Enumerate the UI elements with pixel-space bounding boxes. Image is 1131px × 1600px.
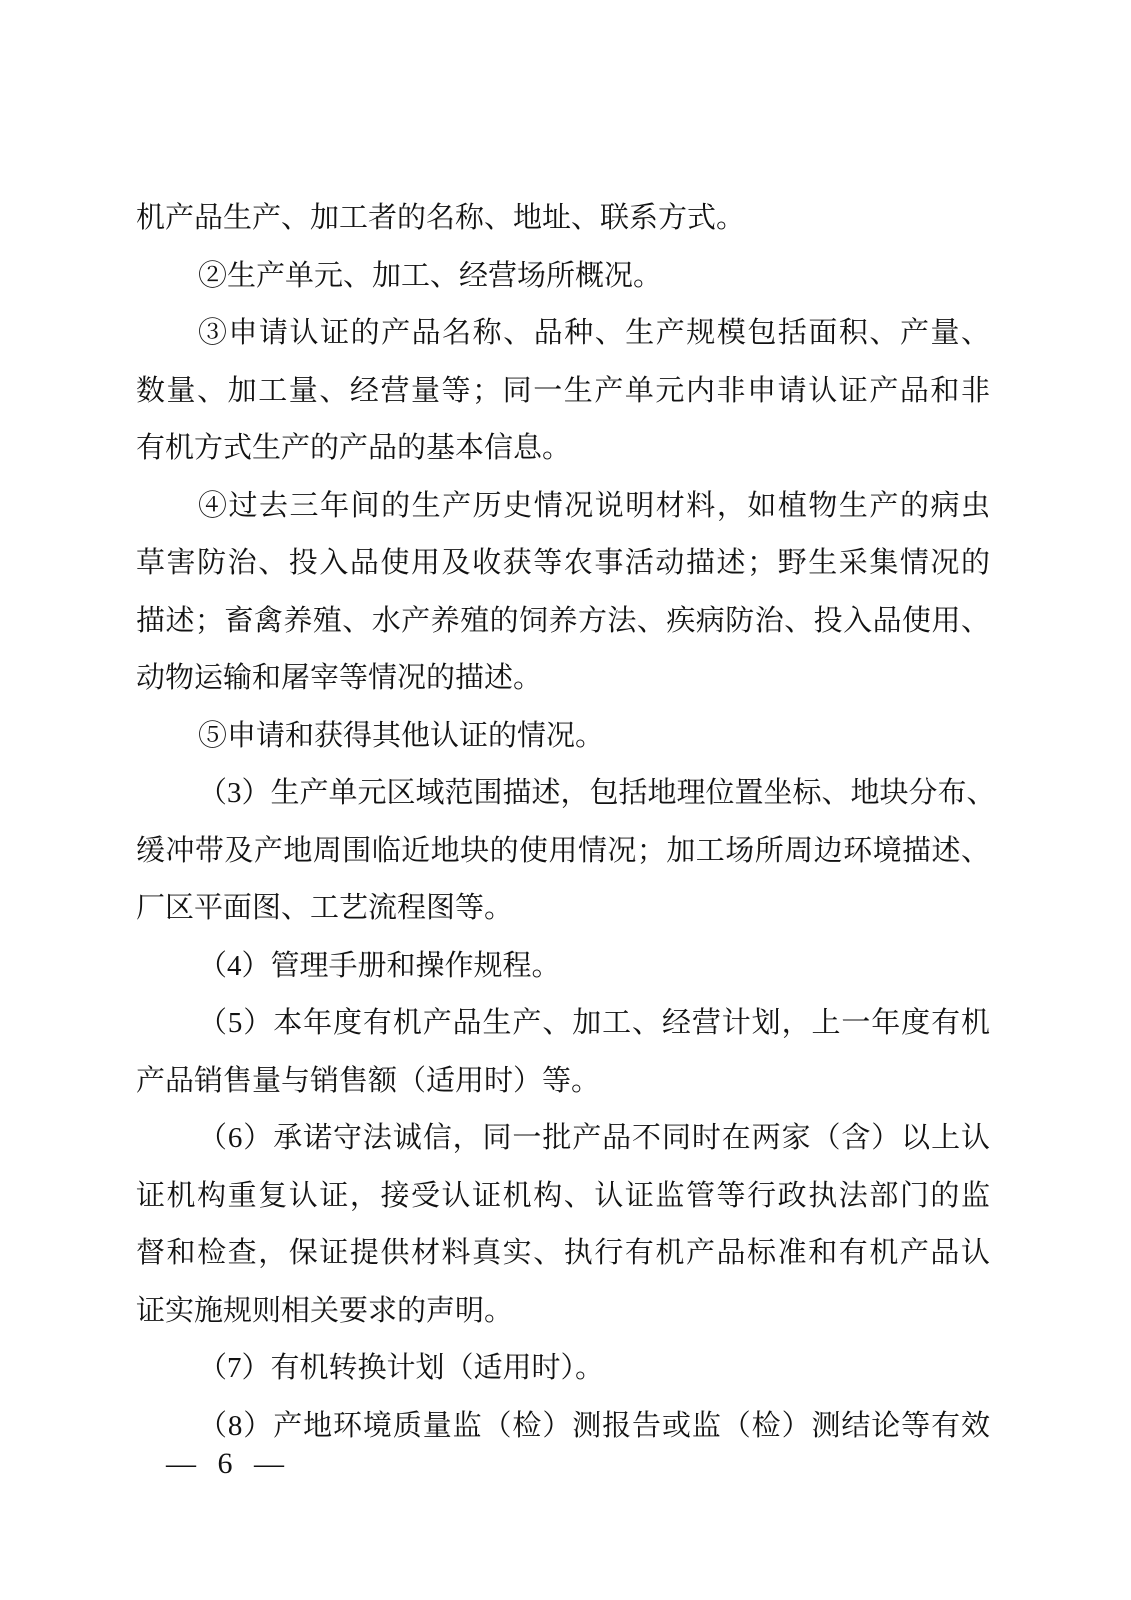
text-line: 厂区平面图、工艺流程图等。 xyxy=(136,880,990,938)
text-line: 机产品生产、加工者的名称、地址、联系方式。 xyxy=(136,190,990,248)
text-line: 描述；畜禽养殖、水产养殖的饲养方法、疾病防治、投入品使用、 xyxy=(136,593,990,651)
page-number: — 6 — xyxy=(166,1442,286,1486)
text-line: 证机构重复认证，接受认证机构、认证监管等行政执法部门的监 xyxy=(136,1168,990,1226)
text-line: （7）有机转换计划（适用时）。 xyxy=(136,1340,990,1398)
text-line: 有机方式生产的产品的基本信息。 xyxy=(136,420,990,478)
text-line: （4）管理手册和操作规程。 xyxy=(136,938,990,996)
text-line: （6）承诺守法诚信，同一批产品不同时在两家（含）以上认 xyxy=(136,1110,990,1168)
text-line: ④过去三年间的生产历史情况说明材料，如植物生产的病虫 xyxy=(136,478,990,536)
document-page: 机产品生产、加工者的名称、地址、联系方式。 ②生产单元、加工、经营场所概况。 ③… xyxy=(0,0,1131,1600)
text-line: ⑤申请和获得其他认证的情况。 xyxy=(136,708,990,766)
text-line: 动物运输和屠宰等情况的描述。 xyxy=(136,650,990,708)
text-line: 督和检查，保证提供材料真实、执行有机产品标准和有机产品认 xyxy=(136,1225,990,1283)
text-line: （3）生产单元区域范围描述，包括地理位置坐标、地块分布、 xyxy=(136,765,990,823)
text-line: ③申请认证的产品名称、品种、生产规模包括面积、产量、 xyxy=(136,305,990,363)
text-line: 数量、加工量、经营量等；同一生产单元内非申请认证产品和非 xyxy=(136,363,990,421)
text-line: 缓冲带及产地周围临近地块的使用情况；加工场所周边环境描述、 xyxy=(136,823,990,881)
text-line: （5）本年度有机产品生产、加工、经营计划，上一年度有机 xyxy=(136,995,990,1053)
text-line: ②生产单元、加工、经营场所概况。 xyxy=(136,248,990,306)
body-text-block: 机产品生产、加工者的名称、地址、联系方式。 ②生产单元、加工、经营场所概况。 ③… xyxy=(136,190,990,1455)
text-line: 产品销售量与销售额（适用时）等。 xyxy=(136,1053,990,1111)
text-line: 草害防治、投入品使用及收获等农事活动描述；野生采集情况的 xyxy=(136,535,990,593)
text-line: 证实施规则相关要求的声明。 xyxy=(136,1283,990,1341)
